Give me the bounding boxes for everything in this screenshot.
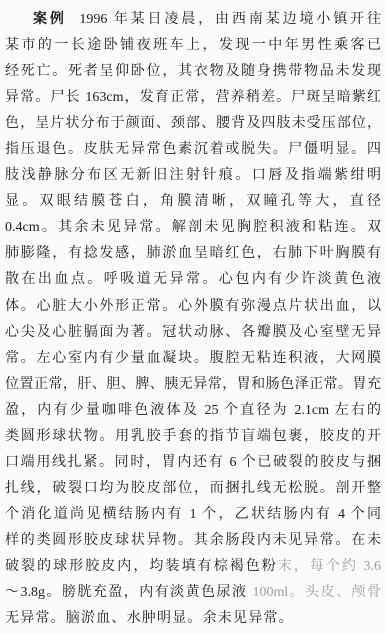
text-line: 类圆形球状物。用乳胶手套的指节盲端包裹，胶皮的开 (5, 424, 381, 450)
text-line: 0.4cm。其余未见异常。解剖未见胸腔积液和粘连。双 (5, 215, 381, 241)
text-line: 心尖及心脏膈面为著。冠状动脉、各瓣膜及心室壁无异 (5, 320, 381, 346)
text-line: 显。双眼结膜苍白，角膜清晰，双瞳孔等大，直径 (5, 189, 381, 215)
line-text: 常。左心室内有少量血凝块。腹腔无粘连积液，大网膜 (5, 351, 381, 366)
line-text-faded: 100ml。头皮、颅骨 (252, 585, 381, 600)
line-text: 位置正常，肝、胆、脾、胰无异常，胃和肠色泽正常。胃充 (5, 377, 381, 392)
line-text: 样的类圆形胶皮球状异物。其余肠段内未见异常。在未 (5, 533, 381, 548)
text-line: 位置正常，肝、胆、脾、胰无异常，胃和肠色泽正常。胃充 (5, 372, 381, 398)
text-line: 破裂的球形胶皮内，均装填有棕褐色粉末，每个约 3.6 (5, 554, 381, 580)
line-text: 肢浅静脉分布区无新旧注射针痕。口唇及指端紫绀明 (5, 168, 381, 183)
line-text: 散在出血点。呼吸道无异常。心包内有少许淡黄色液 (5, 272, 381, 287)
text-line: 体。心脏大小外形正常。心外膜有弥漫点片状出血，以 (5, 294, 381, 320)
line-text: 盈，内有少量咖啡色液体及 25 个直径为 2.1cm 左右的 (5, 403, 381, 418)
text-line: 口端用线扎紧。同时，胃内还有 6 个已破裂的胶皮与捆 (5, 450, 381, 476)
text-line: 散在出血点。呼吸道无异常。心包内有少许淡黄色液 (5, 267, 381, 293)
text-line: 指压退色。皮肤无异常色素沉着或脱失。尸僵明显。四 (5, 137, 381, 163)
text-line: 样的类圆形胶皮球状异物。其余肠段内未见异常。在未 (5, 528, 381, 554)
line-text: 0.4cm。其余未见异常。解剖未见胸腔积液和粘连。双 (5, 220, 381, 235)
line-text: 经死亡。死者呈仰卧位，其衣物及随身携带物品未发现 (5, 64, 381, 79)
line-text: 扎线，破裂口均为胶皮部位，而捆扎线无松脱。剖开整 (5, 481, 381, 496)
text-line: 扎线，破裂口均为胶皮部位，而捆扎线无松脱。剖开整 (5, 476, 381, 502)
line-text: 个消化道尚见横结肠内有 1 个，乙状结肠内有 4 个同 (5, 507, 381, 522)
line-text: 显。双眼结膜苍白，角膜清晰，双瞳孔等大，直径 (5, 194, 381, 209)
line-text: 色，呈片状分布于颜面、颈部、腰背及四肢未受压部位， (5, 116, 381, 131)
text-line: 肺膨隆，有捻发感，肺淤血呈暗红色，右肺下叶胸膜有 (5, 241, 381, 267)
line-text: 肺膨隆，有捻发感，肺淤血呈暗红色，右肺下叶胸膜有 (5, 246, 381, 261)
text-line: 经死亡。死者呈仰卧位，其衣物及随身携带物品未发现 (5, 59, 381, 85)
line-text: 某市的一长途卧铺夜班车上，发现一中年男性乘客已 (5, 38, 381, 53)
case-label: 案例 (33, 12, 67, 27)
line-text: 异常。尸长 163cm，发育正常，营养稍差。尸斑呈暗紫红 (5, 90, 381, 105)
text-line: 色，呈片状分布于颜面、颈部、腰背及四肢未受压部位， (5, 111, 381, 137)
line-text: ～3.8g。膀胱充盈，内有淡黄色尿液 (5, 585, 252, 600)
text-line: 肢浅静脉分布区无新旧注射针痕。口唇及指端紫绀明 (5, 163, 381, 189)
line-text: 无异常。脑淤血、水肿明显。余未见异常。 (5, 611, 294, 626)
line-text: 指压退色。皮肤无异常色素沉着或脱失。尸僵明显。四 (5, 142, 381, 157)
text-line: 个消化道尚见横结肠内有 1 个，乙状结肠内有 4 个同 (5, 502, 381, 528)
line-text: 1996 年某日凌晨，由西南某边境小镇开往 (79, 12, 381, 27)
line-text: 破裂的球形胶皮内，均装填有棕褐色粉 (5, 559, 278, 574)
text-line: 盈，内有少量咖啡色液体及 25 个直径为 2.1cm 左右的 (5, 398, 381, 424)
text-line: 无异常。脑淤血、水肿明显。余未见异常。 (5, 606, 381, 632)
line-text: 心尖及心脏膈面为著。冠状动脉、各瓣膜及心室壁无异 (5, 325, 381, 340)
line-text: 体。心脏大小外形正常。心外膜有弥漫点片状出血，以 (5, 299, 381, 314)
line-text: 类圆形球状物。用乳胶手套的指节盲端包裹，胶皮的开 (5, 429, 381, 444)
line-text: 口端用线扎紧。同时，胃内还有 6 个已破裂的胶皮与捆 (5, 455, 381, 470)
line-text-faded: 末，每个约 3.6 (278, 559, 381, 574)
text-line: 异常。尸长 163cm，发育正常，营养稍差。尸斑呈暗紫红 (5, 85, 381, 111)
text-line: 案例1996 年某日凌晨，由西南某边境小镇开往 (5, 7, 381, 33)
text-line: 常。左心室内有少量血凝块。腹腔无粘连积液，大网膜 (5, 346, 381, 372)
scanned-case-report-page: 案例1996 年某日凌晨，由西南某边境小镇开往 某市的一长途卧铺夜班车上，发现一… (0, 0, 386, 634)
text-line: ～3.8g。膀胱充盈，内有淡黄色尿液 100ml。头皮、颅骨 (5, 580, 381, 606)
text-line: 某市的一长途卧铺夜班车上，发现一中年男性乘客已 (5, 33, 381, 59)
